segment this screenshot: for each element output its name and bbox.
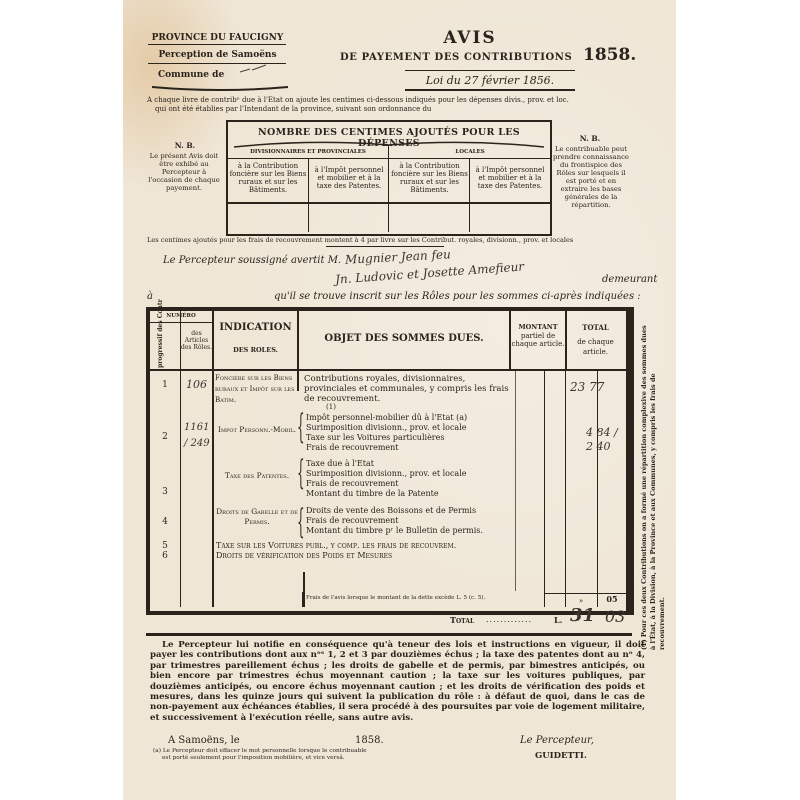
a-label: à — [147, 291, 153, 302]
header-indication-sub: DES ROLES. — [214, 346, 297, 354]
row-4-indication: Droits de Gabelle et de Permis. — [215, 507, 299, 527]
row-6-number: 6 — [150, 551, 180, 561]
divider — [228, 158, 550, 159]
notice-label: Le Percepteur soussigné avertit M. — [163, 255, 341, 266]
divider — [405, 89, 575, 91]
row-2-items: Impôt personnel-mobilier dû à l'Etat (a)… — [306, 413, 511, 453]
frais-avis-lire: » — [565, 597, 597, 605]
header-articles: des Articles des Rôles. — [181, 330, 212, 351]
row-2-number: 2 — [150, 432, 180, 442]
side-footnote: (1) Pour ces deux Contributions on a for… — [640, 320, 664, 650]
total-lire[interactable]: 31 — [570, 605, 595, 626]
value-loc-personnel[interactable] — [470, 204, 550, 232]
row-4-items: Droits de vente des Boissons et de Permi… — [306, 506, 511, 536]
header-objet: OBJET DES SOMMES DUES. — [299, 333, 509, 344]
row-2-article[interactable]: 1161 / 249 — [184, 420, 212, 452]
row-5-number: 5 — [150, 541, 180, 551]
group-locales: LOCALES — [390, 149, 550, 155]
divider — [212, 311, 214, 607]
total-cent[interactable]: 03 — [605, 607, 625, 626]
frais-avis-label: Frais de l'avis lorsque le montant de la… — [306, 595, 516, 601]
brace-icon: { — [297, 456, 305, 490]
header-montant-sub: partiel de chaque article. — [511, 332, 565, 348]
divider — [544, 371, 545, 607]
group-divisionnaires: DIVISIONNAIRES ET PROVINCIALES — [228, 149, 388, 155]
footnote-marker: (1) — [322, 403, 340, 411]
perception-name: Perception de Samoëns — [150, 50, 285, 60]
row-1-number: 1 — [150, 380, 180, 390]
law-reference: Loi du 27 février 1856. — [400, 74, 580, 87]
row-3-number: 3 — [150, 487, 180, 497]
document-subtitle: DE PAYEMENT DES CONTRIBUTIONS — [340, 52, 572, 63]
row-1-total[interactable]: 23 77 — [570, 380, 604, 394]
divider — [150, 369, 626, 371]
divider — [597, 371, 598, 607]
row-3-item-1: Taxe due à l'Etat — [306, 459, 511, 469]
value-loc-fonciere[interactable] — [389, 204, 469, 232]
intro-line-2: qui ont été établies par l'Intendant de … — [155, 105, 655, 113]
divider — [326, 246, 444, 247]
col-div-personnel: à l'Impôt personnel et mobilier et à la … — [310, 166, 388, 190]
col-loc-personnel: à l'Impôt personnel et mobilier et à la … — [471, 166, 549, 190]
row-2-item-2: Surimposition divisionn., prov. et local… — [306, 423, 511, 433]
signature-name: GUIDETTI. — [535, 751, 587, 761]
brace-icon: { — [297, 410, 305, 444]
header-indication: INDICATION — [214, 322, 297, 333]
row-1-article[interactable]: 106 — [186, 378, 207, 391]
header-total-sub: de chaque article. — [567, 337, 624, 357]
footer-year: 1858. — [355, 735, 384, 746]
nb-left-title: N. B. — [160, 142, 210, 150]
col-div-fonciere: à la Contribution foncière sur les Biens… — [228, 162, 308, 194]
col-loc-fonciere: à la Contribution foncière sur les Biens… — [390, 162, 469, 194]
province-name: PROVINCE DU FAUCIGNY — [150, 33, 285, 43]
document-year: 1858. — [583, 45, 636, 65]
total-dots: ............. — [486, 615, 532, 624]
divider — [565, 371, 566, 607]
demeurant-label: demeurant — [602, 274, 657, 285]
nb-right-title: N. B. — [560, 135, 620, 143]
row-3-indication: Taxe des Patentes. — [215, 470, 299, 481]
row-2-item-3: Taxe sur les Voitures particulières — [306, 433, 511, 443]
row-4-item-1: Droits de vente des Boissons et de Permi… — [306, 506, 511, 516]
row-2-total[interactable]: 4 84 / 2 40 — [586, 426, 626, 454]
centimes-box: NOMBRE DES CENTIMES AJOUTÉS POUR LES DÉP… — [226, 120, 552, 236]
note-a-line-2: est porté seulement pour l'imposition mo… — [162, 755, 345, 762]
nb-right-text: Le contribuable peut prendre connaissanc… — [553, 145, 629, 209]
row-6-line: Droits de vérification des Poids et Mesu… — [216, 551, 516, 561]
nb-left-text: Le présent Avis doit être exhibé au Perc… — [146, 152, 222, 192]
decorative-flourish — [150, 83, 290, 93]
divider — [303, 572, 305, 607]
commune-label: Commune de — [158, 70, 224, 80]
signature-title: Le Percepteur, — [520, 735, 594, 746]
intro-line-1: A chaque livre de contribⁿ due à l'Etat … — [147, 96, 667, 104]
row-2-item-4: Frais de recouvrement — [306, 443, 511, 453]
brace-decoration — [232, 137, 546, 149]
header-progressif: progressif des Contr — [157, 326, 165, 368]
value-div-personnel[interactable] — [309, 204, 388, 232]
divider — [148, 44, 286, 45]
notice-line-2: qu'il se trouve inscrit sur les Rôles po… — [274, 291, 641, 302]
row-4-item-3: Montant du timbre pʳ le Bulletin de perm… — [306, 526, 511, 536]
row-1-item: Contributions royales, divisionnaires, p… — [304, 374, 509, 404]
row-5-line: Taxe sur les Voitures publ., y comp. les… — [216, 541, 516, 551]
total-label: Total — [450, 615, 474, 625]
divider — [405, 70, 575, 71]
row-4-item-2: Frais de recouvrement — [306, 516, 511, 526]
divider — [180, 311, 181, 607]
row-3-item-3: Frais de recouvrement — [306, 479, 511, 489]
table-shadow-edge — [626, 307, 632, 615]
recouvrement-note: Les centimes ajoutés pour les frais de r… — [147, 236, 667, 244]
body-paragraph: Le Percepteur lui notifie en conséquence… — [150, 640, 645, 723]
row-2-item-1: Impôt personnel-mobilier dû à l'Etat (a) — [306, 413, 511, 423]
divider — [146, 633, 632, 636]
header-montant: MONTANT — [511, 323, 565, 331]
row-3-item-2: Surimposition divisionn., prov. et local… — [306, 469, 511, 479]
row-4-number: 4 — [150, 517, 180, 527]
frais-avis-cent: 05 — [598, 594, 626, 604]
note-a-line-1: (a) Le Percepteur doit effacer le mot pe… — [153, 748, 367, 755]
value-div-fonciere[interactable] — [228, 204, 308, 232]
row-2-indication: Impot Personn.-Mobil. — [215, 424, 299, 435]
total-unit: L. — [554, 615, 562, 625]
commune-handwriting — [238, 62, 268, 76]
row-1-indication: Foncière sur les Biens ruraux et Impôt s… — [215, 373, 299, 406]
header-total: TOTAL — [567, 323, 624, 332]
place-date-label: A Samoëns, le — [168, 735, 240, 746]
brace-icon: { — [297, 505, 305, 539]
document-title: AVIS — [330, 28, 610, 48]
row-3-items: Taxe due à l'Etat Surimposition division… — [306, 459, 511, 499]
row-3-item-4: Montant du timbre de la Patente — [306, 489, 511, 499]
